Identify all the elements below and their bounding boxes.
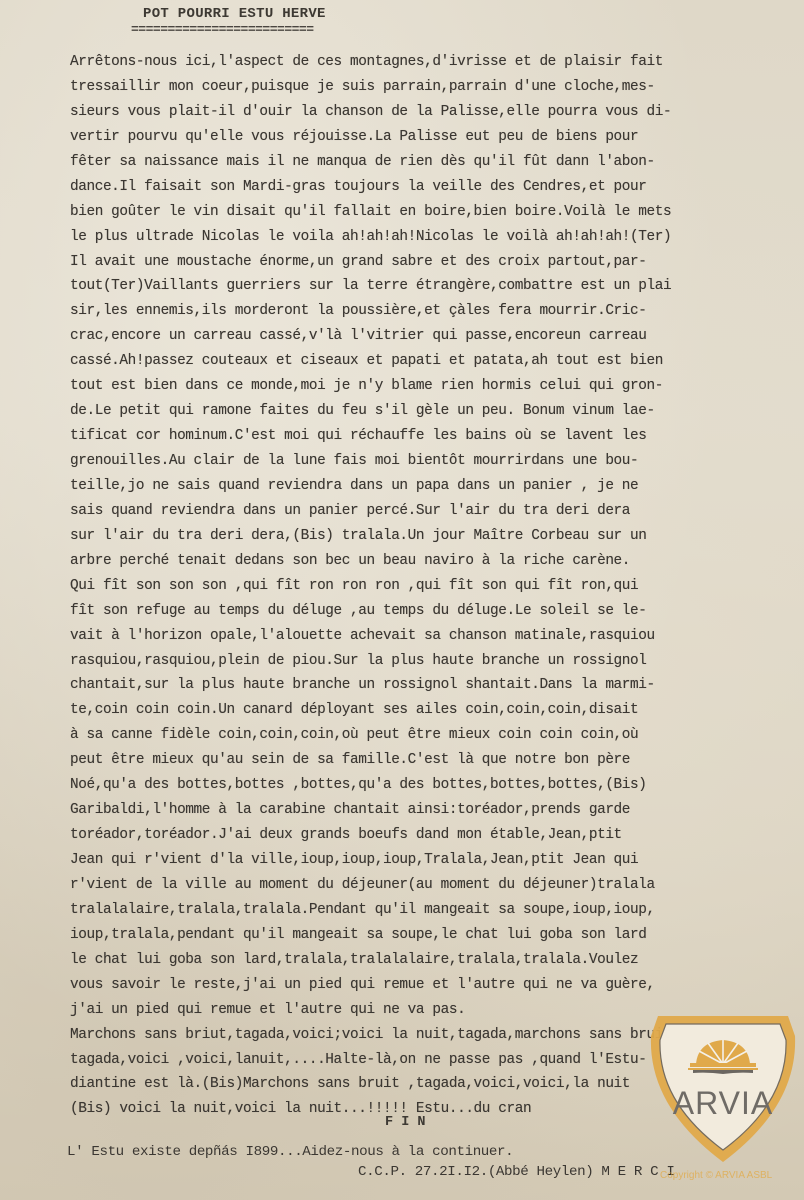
text-line: tralalalaire,tralala,tralala.Pendant qu'… [70,898,804,923]
text-line: tout est bien dans ce monde,moi je n'y b… [70,374,804,399]
footer-account-line: C.C.P. 27.2I.I2.(Abbé Heylen) M E R C I [358,1164,674,1180]
text-line: tificat cor hominum.C'est moi qui réchau… [70,424,804,449]
text-line: Garibaldi,l'homme à la carabine chantait… [70,798,804,823]
fin-label: F I N [385,1115,426,1130]
text-line: le plus ultrade Nicolas le voila ah!ah!a… [70,225,804,250]
text-line: fêter sa naissance mais il ne manqua de … [70,150,804,175]
text-line: vertir pourvu qu'elle vous réjouisse.La … [70,125,804,150]
text-line: r'vient de la ville au moment du déjeune… [70,873,804,898]
text-line: te,coin coin coin.Un canard déployant se… [70,698,804,723]
text-line: peut être mieux qu'au sein de sa famille… [70,748,804,773]
text-line: cassé.Ah!passez couteaux et ciseaux et p… [70,349,804,374]
text-line: sieurs vous plait-il d'ouir la chanson d… [70,100,804,125]
text-line: rasquiou,rasquiou,plein de piou.Sur la p… [70,649,804,674]
text-line: chantait,sur la plus haute branche un ro… [70,673,804,698]
text-line: arbre perché tenait dedans son bec un be… [70,549,804,574]
text-line: tressaillir mon coeur,puisque je suis pa… [70,75,804,100]
text-line: vous savoir le reste,j'ai un pied qui re… [70,973,804,998]
text-line: sir,les ennemis,ils morderont la poussiè… [70,299,804,324]
text-line: fît son refuge au temps du déluge ,au te… [70,599,804,624]
text-line: Jean qui r'vient d'la ville,ioup,ioup,io… [70,848,804,873]
text-line: Qui fît son son son ,qui fît ron ron ron… [70,574,804,599]
text-line: vait à l'horizon opale,l'alouette acheva… [70,624,804,649]
text-line: sais quand reviendra dans un panier perc… [70,499,804,524]
text-line: ioup,tralala,pendant qu'il mangeait sa s… [70,923,804,948]
document-title: POT POURRI ESTU HERVE [143,6,326,22]
copyright-watermark: Copyright © ARVIA ASBL [660,1170,772,1181]
footer-note: L' Estu existe depñás I899...Aidez-nous … [67,1144,513,1160]
text-line: teille,jo ne sais quand reviendra dans u… [70,474,804,499]
text-line: sur l'air du tra deri dera,(Bis) tralala… [70,524,804,549]
text-line: crac,encore un carreau cassé,v'là l'vitr… [70,324,804,349]
text-line: toréador,toréador.J'ai deux grands boeuf… [70,823,804,848]
text-line: bien goûter le vin disait qu'il fallait … [70,200,804,225]
text-line: Noé,qu'a des bottes,bottes ,bottes,qu'a … [70,773,804,798]
text-line: grenouilles.Au clair de la lune fais moi… [70,449,804,474]
document-body: Arrêtons-nous ici,l'aspect de ces montag… [70,50,804,1122]
text-line: le chat lui goba son lard,tralala,tralal… [70,948,804,973]
arvia-watermark-logo: ARVIA [648,1006,798,1164]
text-line: à sa canne fidèle coin,coin,coin,où peut… [70,723,804,748]
text-line: Arrêtons-nous ici,l'aspect de ces montag… [70,50,804,75]
title-underline: ========================= [131,22,314,37]
text-line: tout(Ter)Vaillants guerriers sur la terr… [70,274,804,299]
text-line: de.Le petit qui ramone faites du feu s'i… [70,399,804,424]
text-line: dance.Il faisait son Mardi-gras toujours… [70,175,804,200]
logo-text: ARVIA [673,1085,773,1121]
document-page: POT POURRI ESTU HERVE ==================… [0,0,804,1200]
text-line: Il avait une moustache énorme,un grand s… [70,250,804,275]
